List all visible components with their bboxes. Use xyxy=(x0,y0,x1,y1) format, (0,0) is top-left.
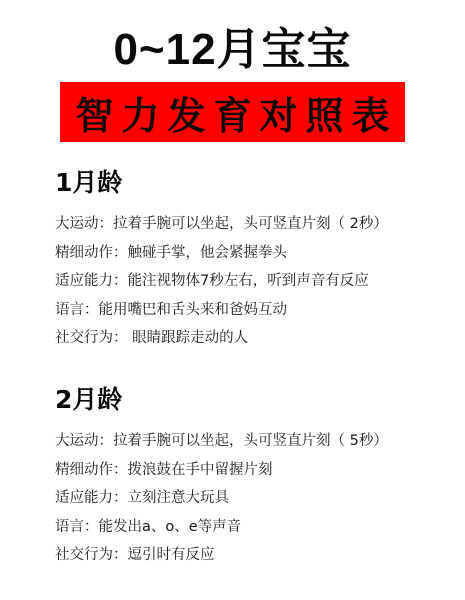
banner-text: 智力发育对照表 xyxy=(67,85,397,140)
item-value: 拨浪鼓在手中留握片刻 xyxy=(128,462,273,478)
list-item-language: 语言：能用嘴巴和舌头来和爸妈互动 xyxy=(55,296,435,325)
item-separator: ： xyxy=(84,302,99,318)
item-value: 能用嘴巴和舌头来和爸妈互动 xyxy=(99,302,288,318)
item-value: 触碰手掌，他会紧握拳头 xyxy=(128,245,288,261)
section-month-2: 2月龄 大运动：拉着手腕可以坐起，头可竖直片刻（ 5秒） 精细动作：拨浪鼓在手中… xyxy=(55,385,435,570)
item-label: 社交行为 xyxy=(55,330,113,346)
item-label: 语言 xyxy=(55,302,84,318)
item-value: 拉着手腕可以坐起，头可竖直片刻（ 2秒） xyxy=(113,216,388,232)
item-separator: ： xyxy=(113,462,128,478)
item-separator: ： xyxy=(113,490,128,506)
item-separator: ： xyxy=(113,330,132,346)
item-label: 精细动作 xyxy=(55,462,113,478)
item-separator: ： xyxy=(99,433,114,449)
item-label: 大运动 xyxy=(55,433,99,449)
list-item-adaptive: 适应能力：能注视物体7秒左右，听到声音有反应 xyxy=(55,267,435,296)
page-title: 0~12月宝宝 xyxy=(0,22,465,78)
title-banner: 智力发育对照表 xyxy=(60,82,405,142)
list-item-social: 社交行为：逗引时有反应 xyxy=(55,541,435,570)
item-separator: ： xyxy=(99,216,114,232)
item-label: 社交行为 xyxy=(55,547,113,563)
list-item-fine-motor: 精细动作：触碰手掌，他会紧握拳头 xyxy=(55,239,435,268)
item-separator: ： xyxy=(113,273,128,289)
list-item-adaptive: 适应能力：立刻注意大玩具 xyxy=(55,484,435,513)
item-value: 能注视物体7秒左右，听到声音有反应 xyxy=(128,273,369,289)
item-value: 能发出a、o、e等声音 xyxy=(99,519,242,535)
item-value: 逗引时有反应 xyxy=(128,547,215,563)
item-value: 立刻注意大玩具 xyxy=(128,490,230,506)
item-value: 眼睛跟踪走动的人 xyxy=(132,330,248,346)
list-item-language: 语言：能发出a、o、e等声音 xyxy=(55,513,435,542)
item-label: 语言 xyxy=(55,519,84,535)
item-value: 拉着手腕可以坐起，头可竖直片刻（ 5秒） xyxy=(113,433,388,449)
section-month-1: 1月龄 大运动：拉着手腕可以坐起，头可竖直片刻（ 2秒） 精细动作：触碰手掌，他… xyxy=(55,168,435,353)
item-separator: ： xyxy=(84,519,99,535)
item-label: 大运动 xyxy=(55,216,99,232)
item-label: 精细动作 xyxy=(55,245,113,261)
item-label: 适应能力 xyxy=(55,490,113,506)
list-item-social: 社交行为： 眼睛跟踪走动的人 xyxy=(55,324,435,353)
section-heading: 2月龄 xyxy=(55,385,435,415)
list-item-gross-motor: 大运动：拉着手腕可以坐起，头可竖直片刻（ 2秒） xyxy=(55,210,435,239)
item-separator: ： xyxy=(113,245,128,261)
section-heading: 1月龄 xyxy=(55,168,435,198)
list-item-gross-motor: 大运动：拉着手腕可以坐起，头可竖直片刻（ 5秒） xyxy=(55,427,435,456)
item-label: 适应能力 xyxy=(55,273,113,289)
item-separator: ： xyxy=(113,547,128,563)
list-item-fine-motor: 精细动作：拨浪鼓在手中留握片刻 xyxy=(55,456,435,485)
